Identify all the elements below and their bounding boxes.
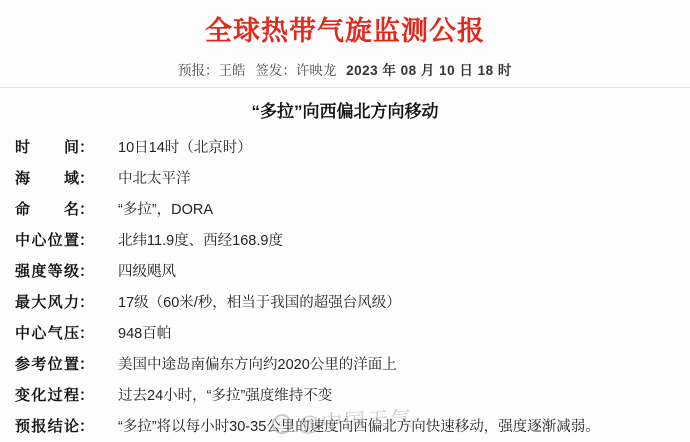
field-row-sea-area: 海域： 中北太平洋 — [15, 169, 690, 189]
field-colon: ： — [79, 138, 94, 158]
field-row-max-wind: 最大风力： 17级（60米/秒，相当于我国的超强台风级） — [15, 293, 690, 313]
field-value: 17级（60米/秒，相当于我国的超强台风级） — [118, 293, 401, 313]
field-list: 时间： 10日14时（北京时） 海域： 中北太平洋 命名： “多拉”，DORA … — [0, 138, 690, 437]
forecaster-label: 预报： — [178, 63, 219, 78]
field-row-time: 时间： 10日14时（北京时） — [15, 138, 690, 158]
field-colon: ： — [79, 293, 94, 313]
field-label: 时间 — [15, 138, 79, 158]
field-value: “多拉”，DORA — [118, 200, 213, 220]
bulletin-page: 全球热带气旋监测公报 预报：王皓 签发：许映龙 2023 年 08 月 10 日… — [0, 0, 690, 442]
field-label: 中心位置 — [15, 231, 79, 251]
field-row-intensity-grade: 强度等级： 四级飓风 — [15, 262, 690, 282]
forecaster-info: 预报：王皓 — [178, 63, 246, 78]
field-label: 变化过程 — [15, 386, 79, 406]
field-label: 最大风力 — [15, 293, 79, 313]
field-colon: ： — [79, 324, 94, 344]
bulletin-subtitle: “多拉”向西偏北方向移动 — [0, 97, 690, 122]
field-label: 参考位置 — [15, 355, 79, 375]
field-label: 预报结论 — [15, 417, 79, 437]
field-value: 10日14时（北京时） — [118, 138, 252, 158]
page-title: 全球热带气旋监测公报 — [0, 9, 690, 48]
field-colon: ： — [79, 200, 94, 220]
issuer-info: 签发：许映龙 — [255, 63, 336, 78]
field-colon: ： — [79, 386, 94, 406]
field-row-forecast-conclusion: 预报结论： “多拉”将以每小时30-35公里的速度向西偏北方向快速移动，强度逐渐… — [15, 417, 690, 437]
field-row-name: 命名： “多拉”，DORA — [15, 200, 690, 220]
field-label: 中心气压 — [15, 324, 79, 344]
field-colon: ： — [79, 231, 94, 251]
field-label: 命名 — [15, 200, 79, 220]
field-row-center-pressure: 中心气压： 948百帕 — [15, 324, 690, 344]
header-divider — [0, 87, 690, 88]
issue-datetime: 2023 年 08 月 10 日 18 时 — [346, 63, 512, 78]
field-value: 中北太平洋 — [118, 169, 191, 189]
meta-line: 预报：王皓 签发：许映龙 2023 年 08 月 10 日 18 时 — [0, 59, 690, 79]
field-colon: ： — [79, 169, 94, 189]
forecaster-name: 王皓 — [219, 63, 246, 78]
field-value: 四级飓风 — [118, 262, 176, 282]
field-row-reference-position: 参考位置： 美国中途岛南偏东方向约2020公里的洋面上 — [15, 355, 690, 375]
field-value: 美国中途岛南偏东方向约2020公里的洋面上 — [118, 355, 397, 375]
field-value: 过去24小时，“多拉”强度维持不变 — [118, 386, 332, 406]
field-row-change-process: 变化过程： 过去24小时，“多拉”强度维持不变 — [15, 386, 690, 406]
field-value: 北纬11.9度、西经168.9度 — [118, 231, 283, 251]
issuer-name: 许映龙 — [296, 63, 337, 78]
issuer-label: 签发： — [255, 63, 296, 78]
field-label: 强度等级 — [15, 262, 79, 282]
field-label: 海域 — [15, 169, 79, 189]
field-value: “多拉”将以每小时30-35公里的速度向西偏北方向快速移动，强度逐渐减弱。 — [118, 417, 600, 437]
field-colon: ： — [79, 417, 94, 437]
field-colon: ： — [79, 262, 94, 282]
field-value: 948百帕 — [118, 324, 171, 344]
field-colon: ： — [79, 355, 94, 375]
field-row-center-position: 中心位置： 北纬11.9度、西经168.9度 — [15, 231, 690, 251]
